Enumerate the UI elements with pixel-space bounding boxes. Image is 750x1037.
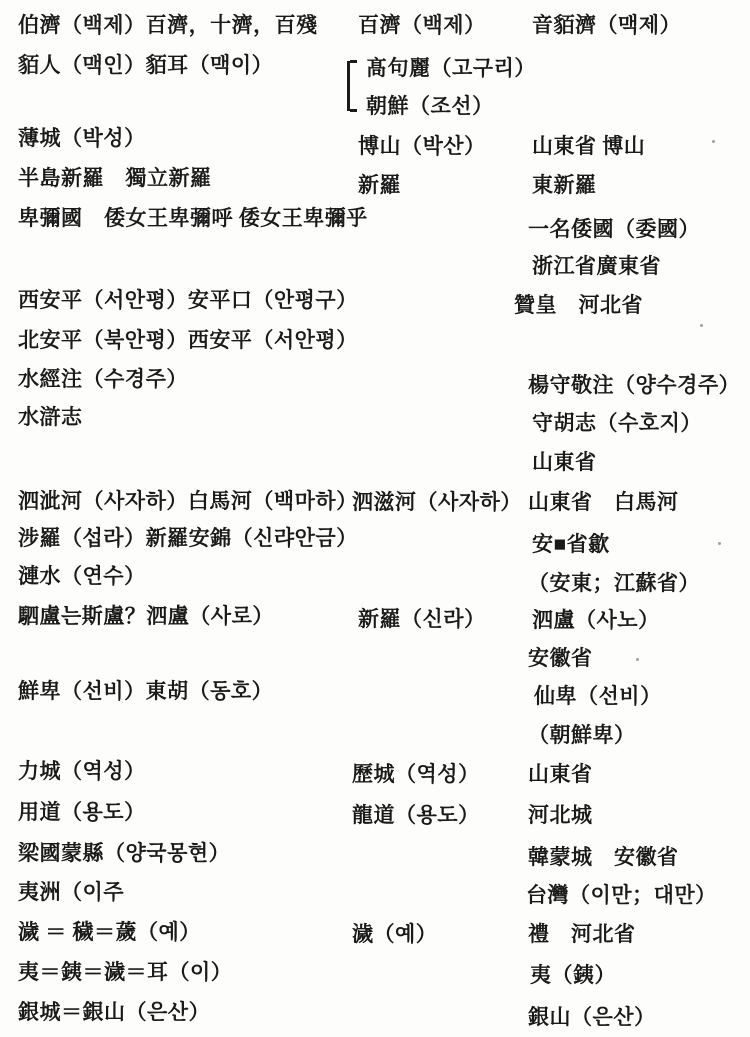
right-col-line: 銀山（은산） <box>528 1004 656 1030</box>
left-col-line: 卑彌國 倭女王卑彌呼 倭女王卑彌乎 <box>18 205 368 231</box>
right-col-line: 守胡志（수호지） <box>532 410 702 436</box>
middle-col-line: 新羅（신라） <box>358 606 486 632</box>
left-col-line: 梁國蒙縣（양국몽현） <box>18 840 230 866</box>
right-col-line: 安徽省 <box>528 645 593 671</box>
right-col-line: 台灣（이만；대만） <box>526 882 717 908</box>
scanned-page: 伯濟（백제）百濟，十濟，百殘 貊人（맥인）貊耳（맥이） 薄城（박성） 半島新羅 … <box>0 0 750 1037</box>
middle-col-line: 百濟（백제） <box>358 12 486 38</box>
left-col-line: 涉羅（섭라）新羅安錦（신랴안금） <box>18 525 358 551</box>
scan-artifact <box>718 542 721 545</box>
right-col-line: 夷（銕） <box>530 962 616 988</box>
right-col-line: 一名倭國（委國） <box>528 216 700 242</box>
left-col-line: 伯濟（백제）百濟，十濟，百殘 <box>18 12 318 38</box>
left-col-line: 銀城＝銀山（은산） <box>18 999 210 1025</box>
right-col-line: 河北城 <box>528 802 593 828</box>
right-col-line: 贊皇 河北省 <box>514 292 643 318</box>
right-col-line: 仙卑（선비） <box>534 683 662 709</box>
middle-col-line: 博山（박산） <box>358 133 486 159</box>
middle-col-line: 髙句麗（고구리） <box>366 55 536 81</box>
right-col-line: 楊守敬注（양수경주） <box>528 372 740 398</box>
scan-artifact <box>700 324 703 327</box>
left-col-line: 濊 ＝ 穢＝薉（예） <box>18 919 201 945</box>
left-col-line: 薄城（박성） <box>18 125 146 151</box>
right-col-line: 山東省 <box>528 761 593 787</box>
middle-col-line: 龍道（용도） <box>352 802 480 828</box>
right-col-line: （朝鮮卑） <box>528 722 636 748</box>
right-col-line: 山東省 <box>532 449 597 475</box>
right-col-line: 音貊濟（맥제） <box>532 12 681 38</box>
left-col-line: 泗泚河（사자하）白馬河（백마하） <box>18 488 358 514</box>
right-col-line: 浙江省廣東省 <box>532 253 661 279</box>
left-col-line: 夷洲（이주 <box>18 879 124 905</box>
right-col-line: 韓蒙城 安徽省 <box>528 844 679 870</box>
bracket-connector-icon <box>347 61 358 111</box>
left-col-line: 漣水（연수） <box>18 563 146 589</box>
scan-artifact <box>712 140 715 143</box>
left-col-line: 半島新羅 獨立新羅 <box>18 165 212 191</box>
middle-col-line: 新羅 <box>358 172 401 198</box>
right-col-line: 山東省 白馬河 <box>528 489 679 515</box>
middle-col-line: 濊（예） <box>352 921 437 947</box>
left-col-line: 水滸志 <box>18 404 83 430</box>
left-col-line: 夷＝銕＝濊＝耳（이） <box>18 959 232 985</box>
left-col-line: 貊人（맥인）貊耳（맥이） <box>18 52 273 78</box>
left-col-line: 水經注（수경주） <box>18 366 188 392</box>
left-col-line: 西安平（서안평）安平口（안평구） <box>18 287 358 313</box>
left-col-line: 用道（용도） <box>18 799 146 825</box>
right-col-line: 山東省 博山 <box>532 133 645 159</box>
left-col-line: 鮮卑（선비）東胡（동호） <box>18 678 273 704</box>
middle-col-line: 歷城（역성） <box>352 761 480 787</box>
right-col-line: （安東；江蘇省） <box>528 570 700 596</box>
middle-col-line: 朝鮮（조선） <box>366 93 494 119</box>
right-col-line: 禮 河北省 <box>528 921 636 947</box>
right-col-line: 安■省歙 <box>532 531 610 557</box>
left-col-line: 北安平（북안평）西安平（서안평） <box>18 327 358 353</box>
scan-artifact <box>636 658 639 661</box>
right-col-line: 東新羅 <box>532 172 597 198</box>
left-col-line: 駟盧는斯盧？泗盧（사로） <box>18 603 274 629</box>
middle-col-line: 泗滋河（사자하） <box>352 489 522 515</box>
left-col-line: 力城（역성） <box>18 758 146 784</box>
right-col-line: 泗盧（사노） <box>532 607 660 633</box>
